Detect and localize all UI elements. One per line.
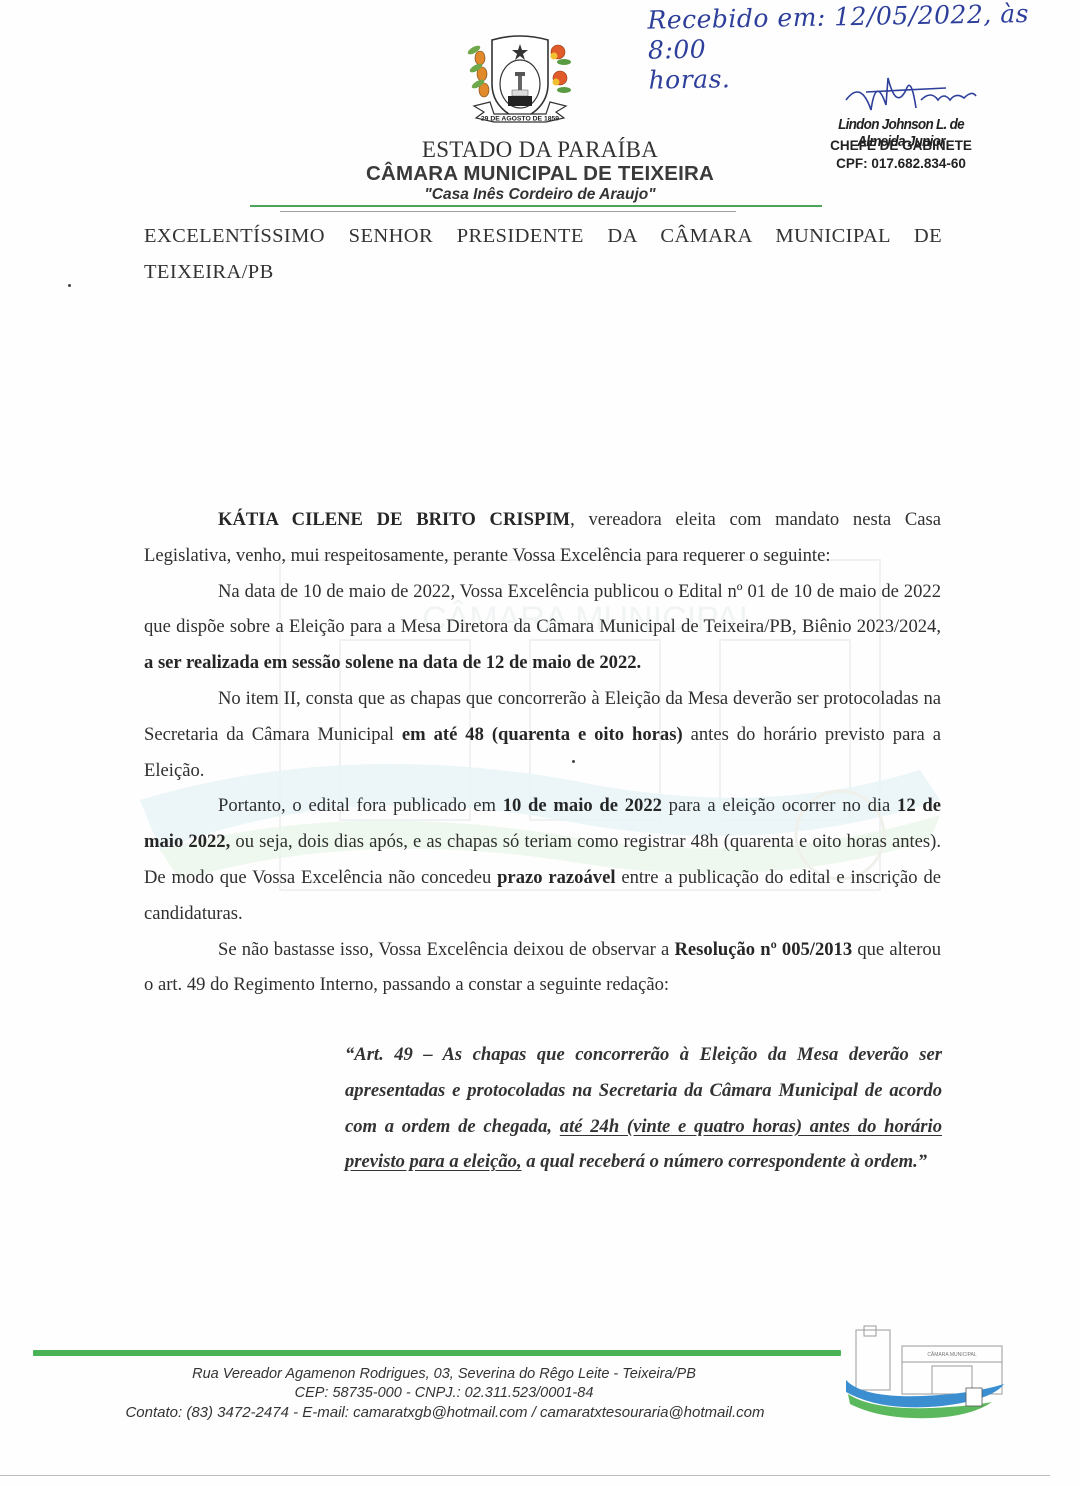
paragraph-5: Se não bastasse isso, Vossa Excelência d… bbox=[144, 932, 941, 1004]
house-subtitle: "Casa Inês Cordeiro de Araujo" bbox=[260, 186, 820, 204]
signatory-role: CHEFE DE GABINETE bbox=[806, 138, 996, 153]
state-title: ESTADO DA PARAÍBA bbox=[260, 137, 820, 163]
footer-building-logo-icon: CÂMARA MUNICIPAL bbox=[842, 1322, 1012, 1426]
scan-speck bbox=[572, 760, 575, 763]
footer-cep-cnpj: CEP: 58735-000 - CNPJ.: 02.311.523/0001-… bbox=[40, 1385, 848, 1401]
scan-speck bbox=[68, 284, 71, 287]
svg-text:CÂMARA MUNICIPAL: CÂMARA MUNICIPAL bbox=[927, 1351, 977, 1358]
letter-body: KÁTIA CILENE DE BRITO CRISPIM, vereadora… bbox=[144, 502, 941, 1003]
addressee-line1: EXCELENTÍSSIMO SENHOR PRESIDENTE DA CÂMA… bbox=[144, 218, 942, 254]
footer-address: Rua Vereador Agamenon Rodrigues, 03, Sev… bbox=[40, 1366, 848, 1382]
receipt-note-line1: Recebido em: 12/05/2022, às 8:00 bbox=[647, 0, 1029, 65]
header-divider-secondary bbox=[280, 211, 736, 212]
quoted-article: “Art. 49 – As chapas que concorrerão à E… bbox=[345, 1037, 942, 1180]
page-edge bbox=[0, 1475, 1050, 1476]
paragraph-3: No item II, consta que as chapas que con… bbox=[144, 681, 941, 788]
svg-text:29 DE AGOSTO DE 1859: 29 DE AGOSTO DE 1859 bbox=[481, 116, 559, 123]
paragraph-2: Na data de 10 de maio de 2022, Vossa Exc… bbox=[144, 574, 941, 681]
coat-of-arms-icon: 29 DE AGOSTO DE 1859 bbox=[460, 28, 580, 132]
petitioner-name: KÁTIA CILENE DE BRITO CRISPIM bbox=[218, 509, 570, 530]
footer-contact: Contato: (83) 3472-2474 - E-mail: camara… bbox=[30, 1404, 860, 1421]
paragraph-4: Portanto, o edital fora publicado em 10 … bbox=[144, 788, 941, 931]
signatory-cpf: CPF: 017.682.834-60 bbox=[806, 156, 996, 171]
chamber-title: CÂMARA MUNICIPAL DE TEIXEIRA bbox=[260, 162, 820, 186]
addressee-line2: TEIXEIRA/PB bbox=[144, 254, 274, 290]
signature-icon bbox=[826, 70, 986, 120]
paragraph-1: KÁTIA CILENE DE BRITO CRISPIM, vereadora… bbox=[144, 502, 941, 574]
footer-divider bbox=[33, 1350, 841, 1356]
header-divider bbox=[250, 205, 822, 207]
